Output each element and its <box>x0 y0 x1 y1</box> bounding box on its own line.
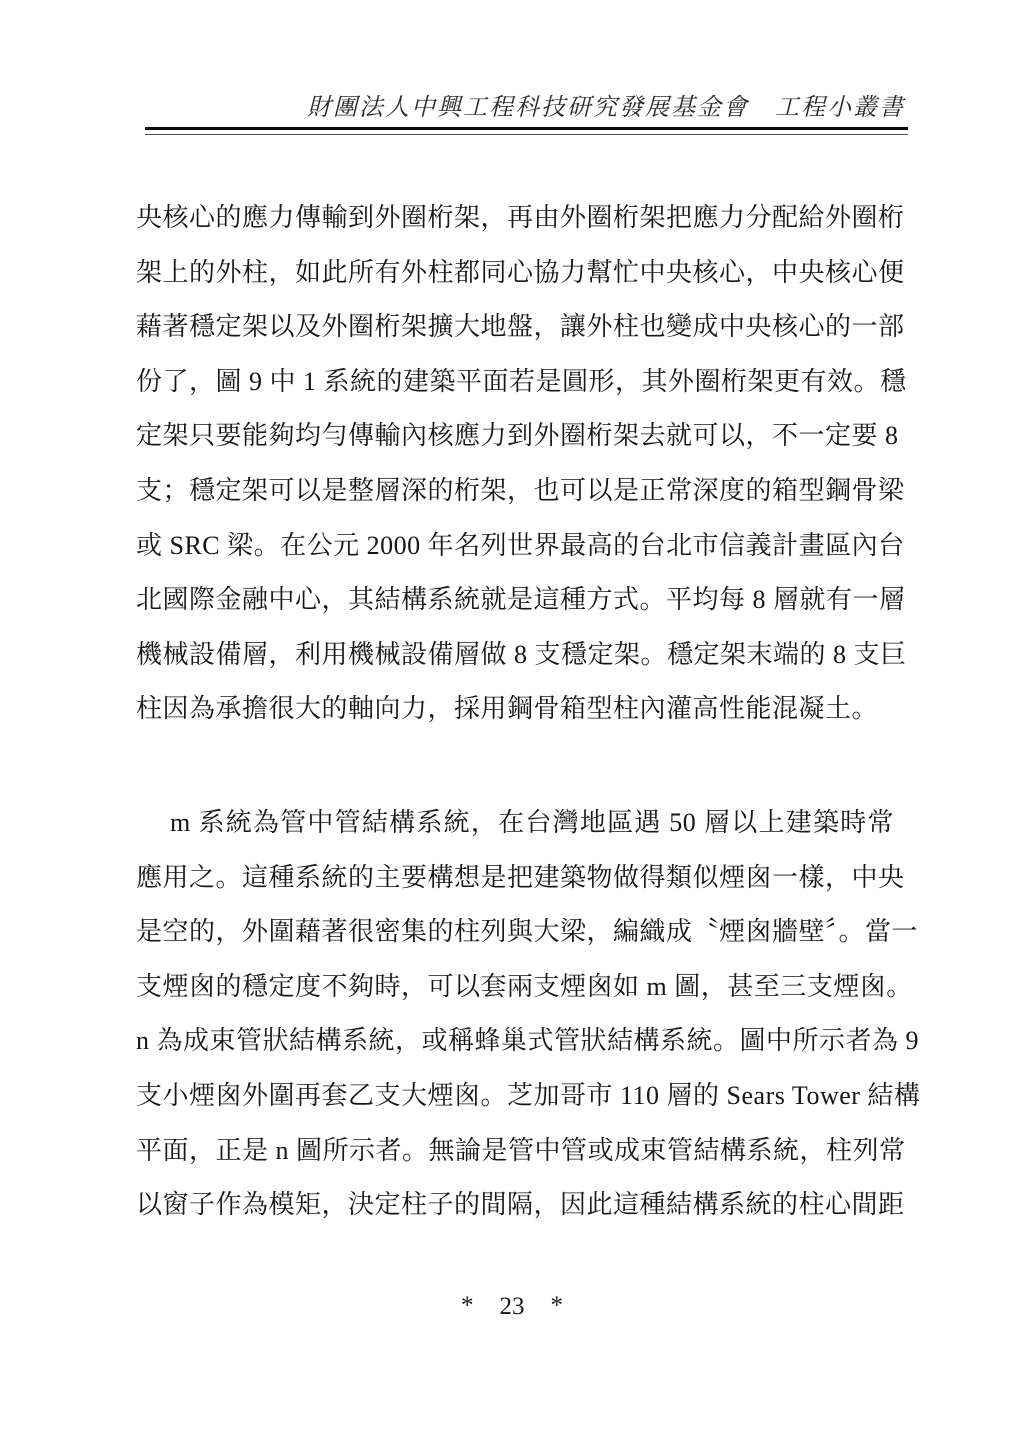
text-line: 平面，正是 n 圖所示者。無論是管中管或成束管結構系統，柱列常 <box>136 1124 894 1179</box>
header-title: 財團法人中興工程科技研究發展基金會 工程小叢書 <box>307 94 905 122</box>
page-number: 23 <box>500 1293 525 1321</box>
document-page: 財團法人中興工程科技研究發展基金會 工程小叢書 央核心的應力傳輸到外圈桁架，再由… <box>0 0 1024 1450</box>
text-line: 支；穩定架可以是整層深的桁架，也可以是正常深度的箱型鋼骨梁 <box>136 464 894 519</box>
text-line: 藉著穩定架以及外圈桁架擴大地盤，讓外柱也變成中央核心的一部 <box>136 300 894 355</box>
header-rule <box>145 127 908 135</box>
text-line: 定架只要能夠均勻傳輸內核應力到外圈桁架去就可以，不一定要 8 <box>136 409 894 464</box>
text-line: 應用之。這種系統的主要構想是把建築物做得類似煙囪一樣，中央 <box>136 851 894 906</box>
text-line: 支小煙囪外圍再套乙支大煙囪。芝加哥市 110 層的 Sears Tower 結構 <box>136 1069 894 1124</box>
text-line: 是空的，外圍藉著很密集的柱列與大梁，編織成〝煙囪牆壁〞。當一 <box>136 905 894 960</box>
page-footer: *23* <box>0 1293 1024 1321</box>
footer-left-asterisk: * <box>461 1292 474 1320</box>
document-body: 央核心的應力傳輸到外圈桁架，再由外圈桁架把應力分配給外圈桁 架上的外柱，如此所有… <box>136 191 894 1233</box>
text-line: 機械設備層，利用機械設備層做 8 支穩定架。穩定架末端的 8 支巨 <box>136 628 894 683</box>
text-line: 北國際金融中心，其結構系統就是這種方式。平均每 8 層就有一層 <box>136 573 894 628</box>
paragraph-2: m 系統為管中管結構系統，在台灣地區遇 50 層以上建築時常 應用之。這種系統的… <box>136 796 894 1233</box>
text-line: 支煙囪的穩定度不夠時，可以套兩支煙囪如 m 圖，甚至三支煙囪。 <box>136 960 894 1015</box>
text-line: 架上的外柱，如此所有外柱都同心協力幫忙中央核心，中央核心便 <box>136 246 894 301</box>
paragraph-1: 央核心的應力傳輸到外圈桁架，再由外圈桁架把應力分配給外圈桁 架上的外柱，如此所有… <box>136 191 894 737</box>
text-line: 或 SRC 梁。在公元 2000 年名列世界最高的台北市信義計畫區內台 <box>136 519 894 574</box>
text-line: 份了，圖 9 中 1 系統的建築平面若是圓形，其外圈桁架更有效。穩 <box>136 355 894 410</box>
text-line: 柱因為承擔很大的軸向力，採用鋼骨箱型柱內灌高性能混凝土。 <box>136 682 894 737</box>
text-line: 央核心的應力傳輸到外圈桁架，再由外圈桁架把應力分配給外圈桁 <box>136 191 894 246</box>
footer-right-asterisk: * <box>551 1292 564 1320</box>
text-line: m 系統為管中管結構系統，在台灣地區遇 50 層以上建築時常 <box>136 796 894 851</box>
text-line: n 為成束管狀結構系統，或稱蜂巢式管狀結構系統。圖中所示者為 9 <box>136 1014 894 1069</box>
text-line: 以窗子作為模矩，決定柱子的間隔，因此這種結構系統的柱心間距 <box>136 1178 894 1233</box>
